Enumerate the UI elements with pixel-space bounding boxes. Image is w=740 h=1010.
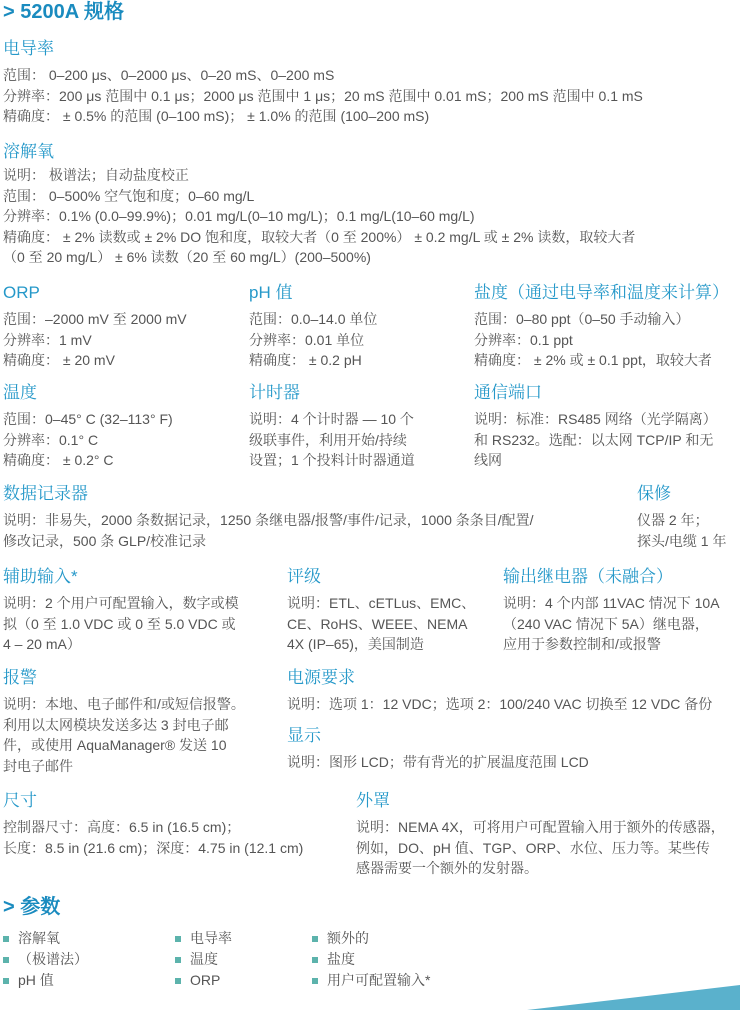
- section-heading: 电导率: [3, 37, 643, 61]
- spec-dissolved-oxygen: 溶解氧 说明： 极谱法；自动盐度校正 范围： 0–500% 空气饱和度；0–60…: [3, 140, 635, 268]
- section-heading: 溶解氧: [3, 140, 635, 164]
- spec-line: 分辨率：200 μs 范围中 0.1 μs；2000 μs 范围中 1 μs；2…: [3, 86, 643, 107]
- parameters-column-2: 电导率 温度 ORP: [175, 928, 232, 991]
- list-item-label: （极谱法）: [18, 951, 88, 967]
- spec-line: 范围： 0–200 μs、0–2000 μs、0–20 mS、0–200 mS: [3, 65, 643, 86]
- parameters-column-1: 溶解氧 （极谱法） pH 值: [3, 928, 88, 991]
- spec-line: 范围： 0–500% 空气饱和度；0–60 mg/L: [3, 186, 635, 207]
- spec-salinity: 盐度（通过电导率和温度来计算） 范围：0–80 ppt（0–50 手动输入） 分…: [474, 281, 729, 371]
- spec-line: 说明：4 个内部 11VAC 情况下 10A: [503, 593, 720, 614]
- parameters-title: > 参数: [3, 895, 60, 919]
- spec-line: 说明：本地、电子邮件和/或短信报警。: [3, 694, 245, 715]
- spec-line: 范围：–2000 mV 至 2000 mV: [3, 309, 187, 330]
- list-item-label: 额外的: [327, 930, 369, 946]
- spec-line: 精确度： ± 0.2° C: [3, 450, 173, 471]
- spec-line: 分辨率：0.01 单位: [249, 330, 377, 351]
- spec-line: 修改记录，500 条 GLP/校准记录: [3, 531, 534, 552]
- spec-line: 精确度： ± 2% 读数或 ± 2% DO 饱和度，取较大者（0 至 200%）…: [3, 227, 635, 248]
- list-item-label: 盐度: [327, 951, 355, 967]
- square-bullet-icon: [3, 957, 9, 963]
- spec-ratings: 评级 说明：ETL、cETLus、EMC、 CE、RoHS、WEEE、NEMA …: [287, 565, 475, 655]
- spec-line: 长度：8.5 in (21.6 cm)；深度：4.75 in (12.1 cm): [3, 838, 303, 859]
- list-item-label: 电导率: [190, 930, 232, 946]
- spec-line: （240 VAC 情况下 5A）继电器，: [503, 614, 720, 635]
- square-bullet-icon: [3, 936, 9, 942]
- spec-enclosure: 外罩 说明：NEMA 4X，可将用户可配置输入用于额外的传感器， 例如，DO、p…: [356, 789, 725, 879]
- section-heading: 尺寸: [3, 789, 303, 813]
- spec-line: 说明：NEMA 4X，可将用户可配置输入用于额外的传感器，: [356, 817, 725, 838]
- page-title: > 5200A 规格: [3, 0, 124, 24]
- spec-aux-inputs: 辅助输入* 说明：2 个用户可配置输入，数字或模 拟（0 至 1.0 VDC 或…: [3, 565, 239, 655]
- list-item: pH 值: [3, 970, 88, 991]
- section-heading: ORP: [3, 281, 187, 305]
- spec-line: （0 至 20 mg/L） ± 6% 读数（20 至 60 mg/L）(200–…: [3, 247, 635, 268]
- spec-line: 分辨率：0.1% (0.0–99.9%)；0.01 mg/L(0–10 mg/L…: [3, 206, 635, 227]
- spec-line: 级联事件，利用开始/持续: [249, 430, 415, 451]
- square-bullet-icon: [312, 957, 318, 963]
- square-bullet-icon: [175, 936, 181, 942]
- spec-dimensions: 尺寸 控制器尺寸：高度：6.5 in (16.5 cm)； 长度：8.5 in …: [3, 789, 303, 858]
- spec-line: 说明：4 个计时器 — 10 个: [249, 409, 415, 430]
- spec-line: 封电子邮件: [3, 756, 245, 777]
- spec-line: 拟（0 至 1.0 VDC 或 0 至 5.0 VDC 或: [3, 614, 239, 635]
- section-heading: 温度: [3, 381, 173, 405]
- spec-line: 件，或使用 AquaManager® 发送 10: [3, 735, 245, 756]
- spec-temperature: 温度 范围：0–45° C (32–113° F) 分辨率：0.1° C 精确度…: [3, 381, 173, 471]
- spec-line: 说明：非易失，2000 条数据记录，1250 条继电器/报警/事件/记录，100…: [3, 510, 534, 531]
- spec-display: 显示 说明：图形 LCD；带有背光的扩展温度范围 LCD: [287, 724, 589, 773]
- spec-comm-ports: 通信端口 说明：标准：RS485 网络（光学隔离） 和 RS232。选配：以太网…: [474, 381, 717, 471]
- spec-datalogger: 数据记录器 说明：非易失，2000 条数据记录，1250 条继电器/报警/事件/…: [3, 482, 534, 551]
- spec-line: 分辨率：0.1° C: [3, 430, 173, 451]
- spec-line: 范围：0–80 ppt（0–50 手动输入）: [474, 309, 729, 330]
- spec-line: CE、RoHS、WEEE、NEMA: [287, 614, 475, 635]
- section-heading: 通信端口: [474, 381, 717, 405]
- list-item: 额外的: [312, 928, 430, 949]
- section-heading: 数据记录器: [3, 482, 534, 506]
- spec-line: 例如，DO、pH 值、TGP、ORP、水位、压力等。某些传: [356, 838, 725, 859]
- spec-ph: pH 值 范围：0.0–14.0 单位 分辨率：0.01 单位 精确度： ± 0…: [249, 281, 377, 371]
- spec-output-relays: 输出继电器（未融合） 说明：4 个内部 11VAC 情况下 10A （240 V…: [503, 565, 720, 655]
- spec-line: 分辨率：1 mV: [3, 330, 187, 351]
- section-heading: 外罩: [356, 789, 725, 813]
- spec-line: 说明：ETL、cETLus、EMC、: [287, 593, 475, 614]
- section-heading: 评级: [287, 565, 475, 589]
- section-heading: pH 值: [249, 281, 377, 305]
- section-heading: 显示: [287, 724, 589, 748]
- spec-line: 说明：标准：RS485 网络（光学隔离）: [474, 409, 717, 430]
- list-item-label: ORP: [190, 972, 220, 988]
- section-heading: 盐度（通过电导率和温度来计算）: [474, 281, 729, 305]
- square-bullet-icon: [175, 957, 181, 963]
- section-heading: 保修: [637, 482, 726, 506]
- square-bullet-icon: [312, 978, 318, 984]
- list-item: 溶解氧: [3, 928, 88, 949]
- spec-timers: 计时器 说明：4 个计时器 — 10 个 级联事件，利用开始/持续 设置；1 个…: [249, 381, 415, 471]
- list-item-label: pH 值: [18, 972, 54, 988]
- list-item: 用户可配置输入*: [312, 970, 430, 991]
- spec-line: 精确度： ± 0.2 pH: [249, 350, 377, 371]
- square-bullet-icon: [175, 978, 181, 984]
- spec-line: 控制器尺寸：高度：6.5 in (16.5 cm)；: [3, 817, 303, 838]
- spec-line: 设置；1 个投料计时器通道: [249, 450, 415, 471]
- list-item-label: 溶解氧: [18, 930, 60, 946]
- section-heading: 电源要求: [287, 666, 712, 690]
- spec-line: 精确度： ± 20 mV: [3, 350, 187, 371]
- section-heading: 计时器: [249, 381, 415, 405]
- spec-conductivity: 电导率 范围： 0–200 μs、0–2000 μs、0–20 mS、0–200…: [3, 37, 643, 127]
- spec-line: 说明： 极谱法；自动盐度校正: [3, 165, 635, 186]
- list-item: 盐度: [312, 949, 430, 970]
- spec-power: 电源要求 说明：选项 1：12 VDC；选项 2：100/240 VAC 切换至…: [287, 666, 712, 715]
- list-item: （极谱法）: [3, 949, 88, 970]
- spec-line: 4X (IP–65)，美国制造: [287, 634, 475, 655]
- list-item: 电导率: [175, 928, 232, 949]
- spec-line: 说明：选项 1：12 VDC；选项 2：100/240 VAC 切换至 12 V…: [287, 694, 712, 715]
- spec-line: 4 – 20 mA）: [3, 634, 239, 655]
- square-bullet-icon: [312, 936, 318, 942]
- square-bullet-icon: [3, 978, 9, 984]
- spec-line: 利用以太网模块发送多达 3 封电子邮: [3, 715, 245, 736]
- spec-line: 仪器 2 年；: [637, 510, 726, 531]
- spec-line: 感器需要一个额外的发射器。: [356, 858, 725, 879]
- spec-alarms: 报警 说明：本地、电子邮件和/或短信报警。 利用以太网模块发送多达 3 封电子邮…: [3, 666, 245, 776]
- spec-line: 精确度： ± 2% 或 ± 0.1 ppt，取较大者: [474, 350, 729, 371]
- spec-line: 说明：图形 LCD；带有背光的扩展温度范围 LCD: [287, 752, 589, 773]
- section-heading: 报警: [3, 666, 245, 690]
- spec-warranty: 保修 仪器 2 年； 探头/电缆 1 年: [637, 482, 726, 551]
- spec-line: 范围：0–45° C (32–113° F): [3, 409, 173, 430]
- list-item-label: 用户可配置输入*: [327, 972, 430, 988]
- list-item: 温度: [175, 949, 232, 970]
- parameters-column-3: 额外的 盐度 用户可配置输入*: [312, 928, 430, 991]
- spec-line: 应用于参数控制和/或报警: [503, 634, 720, 655]
- section-heading: 辅助输入*: [3, 565, 239, 589]
- list-item-label: 温度: [190, 951, 218, 967]
- spec-line: 精确度： ± 0.5% 的范围 (0–100 mS)； ± 1.0% 的范围 (…: [3, 106, 643, 127]
- spec-line: 说明：2 个用户可配置输入，数字或模: [3, 593, 239, 614]
- spec-line: 探头/电缆 1 年: [637, 531, 726, 552]
- spec-line: 范围：0.0–14.0 单位: [249, 309, 377, 330]
- spec-line: 线网: [474, 450, 717, 471]
- list-item: ORP: [175, 970, 232, 991]
- spec-orp: ORP 范围：–2000 mV 至 2000 mV 分辨率：1 mV 精确度： …: [3, 281, 187, 371]
- section-heading: 输出继电器（未融合）: [503, 565, 720, 589]
- spec-line: 和 RS232。选配：以太网 TCP/IP 和无: [474, 430, 717, 451]
- spec-line: 分辨率：0.1 ppt: [474, 330, 729, 351]
